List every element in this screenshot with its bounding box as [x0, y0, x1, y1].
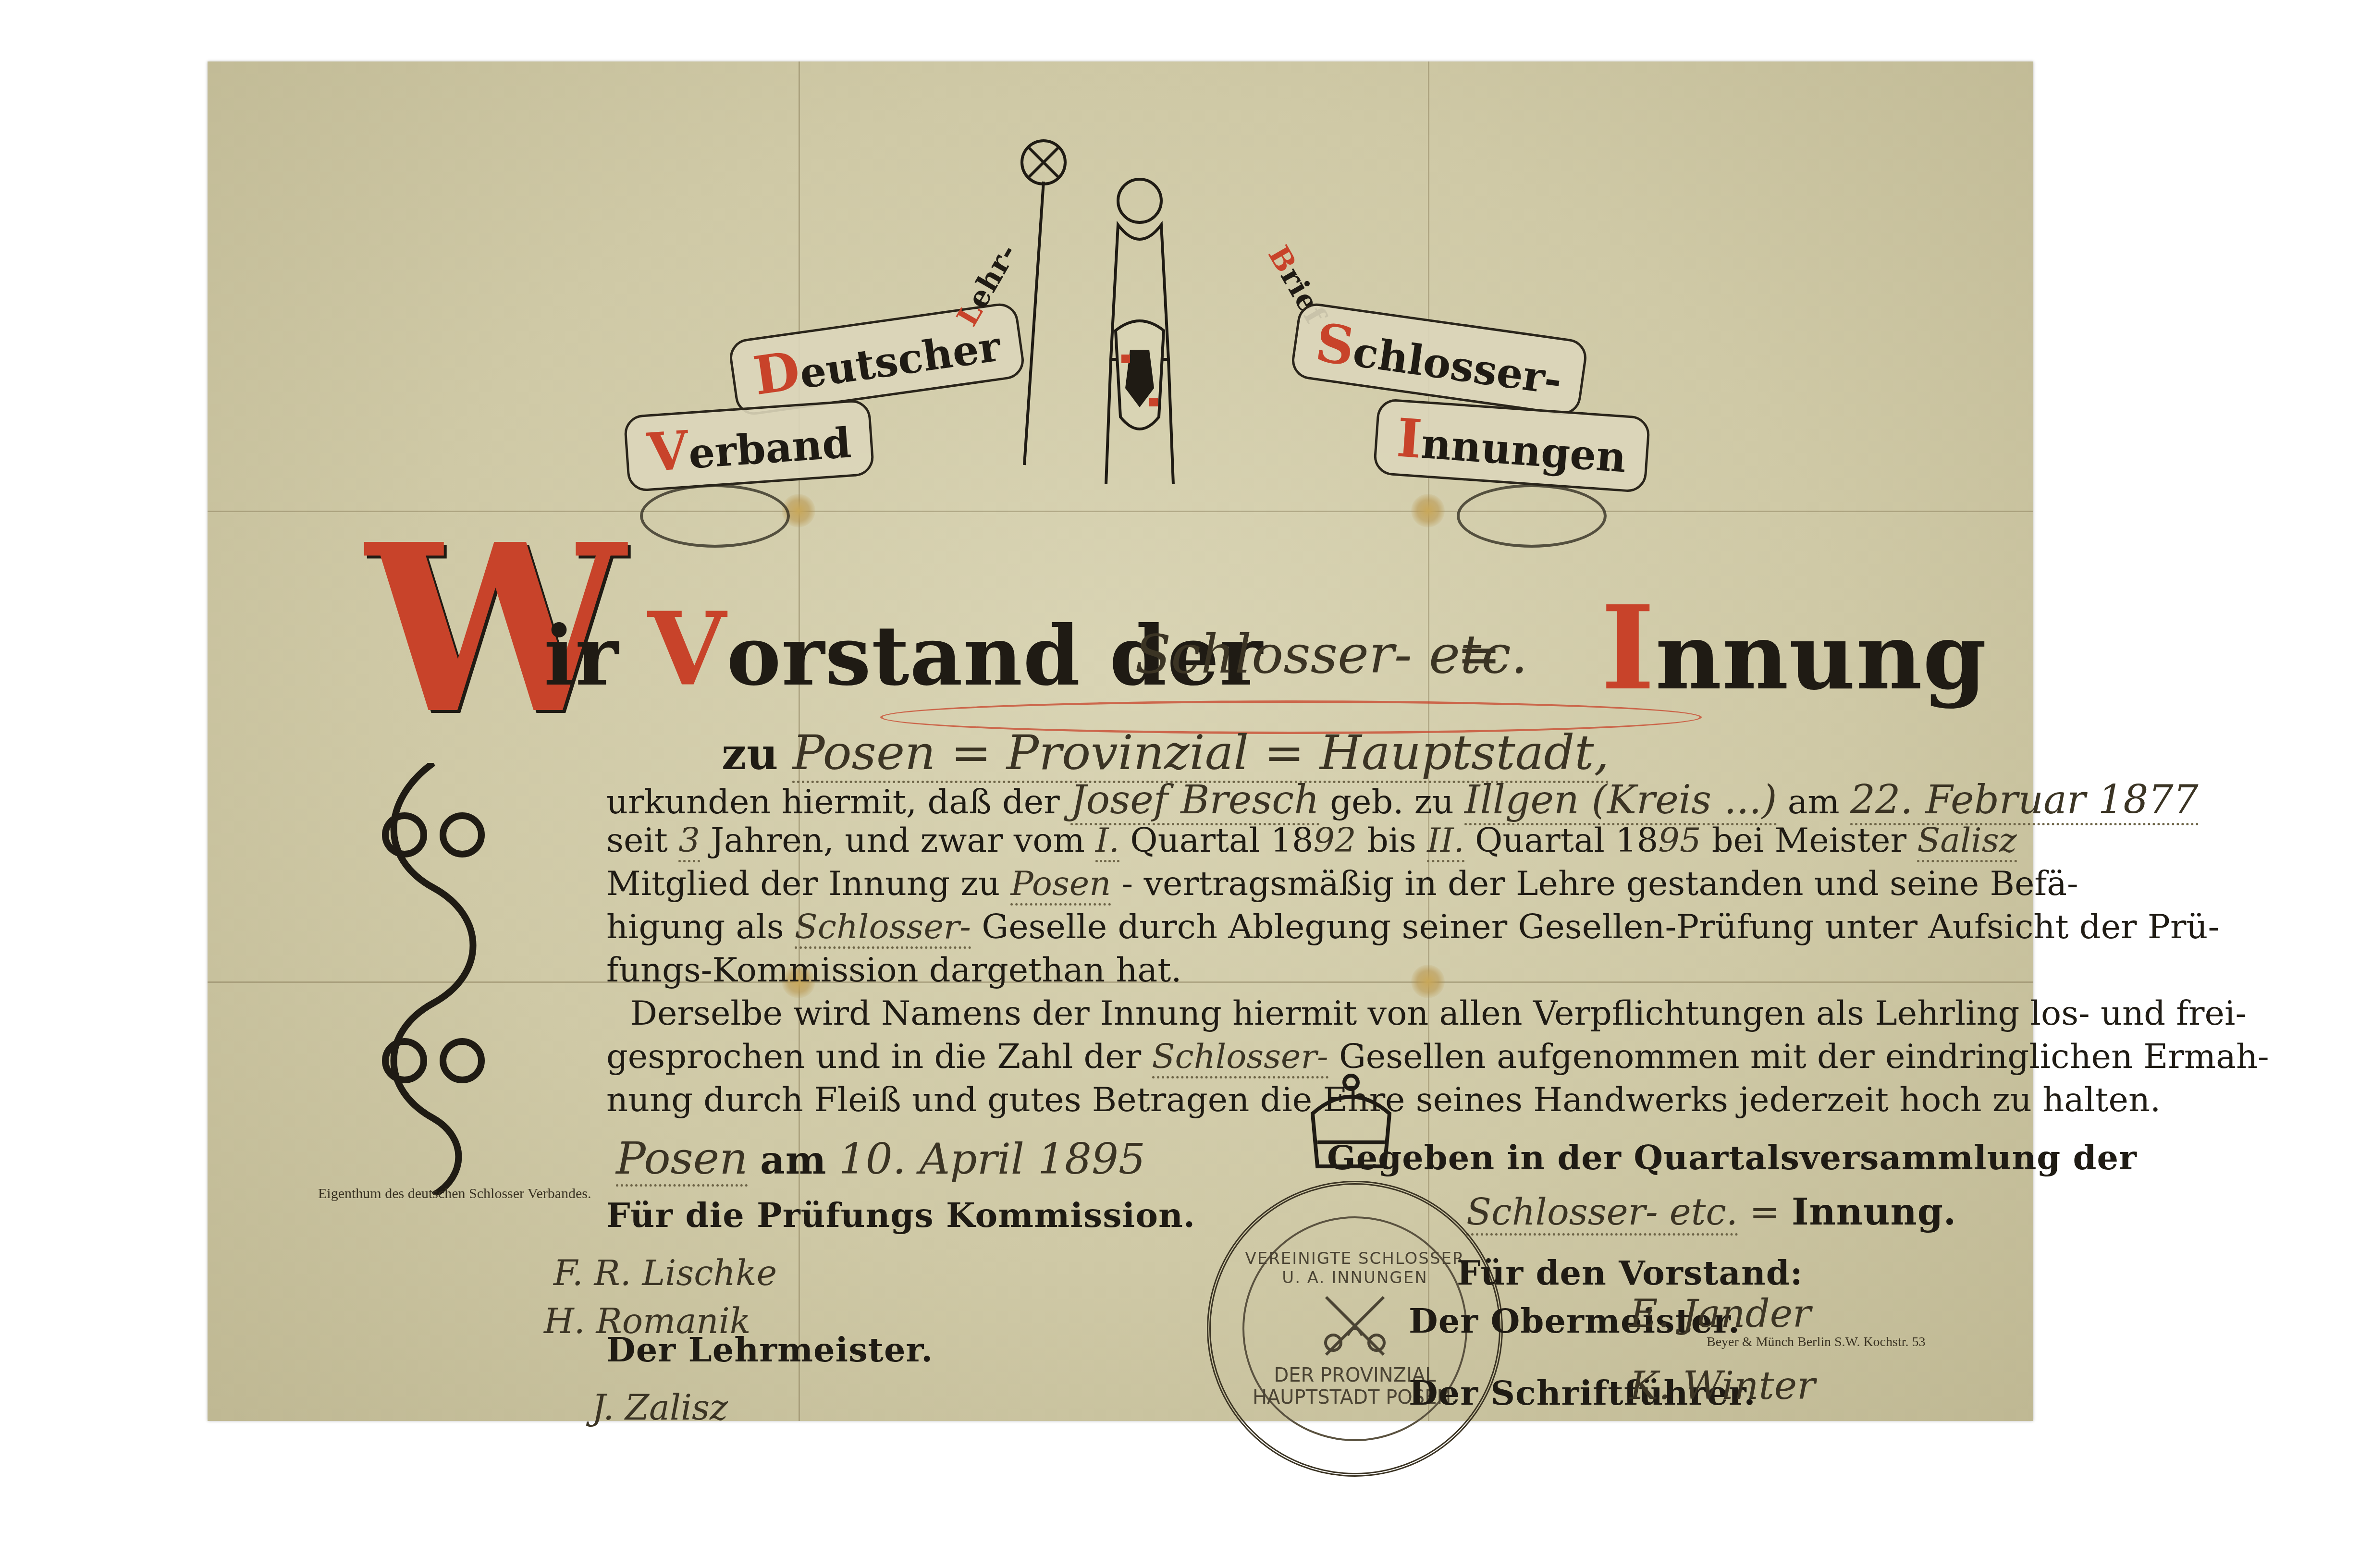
banner-innungen: Innungen [1373, 398, 1651, 493]
flourish-ornament [640, 484, 790, 548]
title-innung: Innung [1601, 580, 1987, 716]
body-line-6: Derselbe wird Namens der Innung hiermit … [630, 993, 2247, 1033]
commission-signature-1: F. R. Lischke [553, 1253, 777, 1293]
location-line: zu Posen = Provinzial = Hauptstadt, [722, 724, 1609, 783]
given-line: Gegeben in der Quartalsversammlung der [1327, 1138, 2137, 1177]
left-scroll-ornament [371, 763, 496, 1195]
secretary-signature: K. Winter [1630, 1363, 1815, 1408]
master-label: Der Lehrmeister. [606, 1330, 933, 1370]
certificate-paper: Deutscher Verband Lehr- Brief Schlosser-… [208, 61, 2033, 1421]
crest-icon [996, 129, 1245, 503]
body-line-4: higung als Schlosser- Geselle durch Able… [606, 907, 2219, 949]
crown-icon [1303, 1070, 1399, 1176]
master-signature: J. Zalisz [592, 1387, 728, 1428]
date-line: Posen am 10. April 1895 [616, 1133, 1145, 1187]
flourish-ornament [1457, 484, 1607, 548]
scroll-flourish-icon [371, 763, 496, 1195]
title-dash: = [1457, 624, 1501, 685]
board-label: Für den Vorstand: [1457, 1253, 1803, 1293]
fold-stain [1411, 494, 1445, 527]
ownership-credit: Eigenthum des deutschen Schlosser Verban… [318, 1186, 591, 1202]
given-line-guild: Schlosser- etc. = Innung. [1466, 1190, 1956, 1236]
body-line-5: fungs-Kommission dargethan hat. [606, 950, 1182, 990]
apprentice-figure-illustration [996, 129, 1245, 503]
seal-outer-text: VEREINIGTE SCHLOSSER U. A. INNUNGEN [1244, 1249, 1465, 1287]
chair-signature: E. Jander [1630, 1291, 1811, 1336]
body-line-7: gesprochen und in die Zahl der Schlosser… [606, 1037, 2269, 1078]
printer-credit: Beyer & Münch Berlin S.W. Kochstr. 53 [1707, 1335, 1925, 1350]
banner-verband: Verband [623, 399, 875, 492]
body-line-3: Mitglied der Innung zu Posen - vertragsm… [606, 864, 2078, 906]
body-line-1: urkunden hiermit, daß der Josef Bresch g… [606, 777, 2199, 825]
crossed-keys-icon [1316, 1287, 1393, 1364]
commission-label: Für die Prüfungs Kommission. [606, 1195, 1195, 1235]
banner-schlosser: Schlosser- [1290, 301, 1589, 417]
body-line-2: seit 3 Jahren, und zwar vom I. Quartal 1… [606, 821, 2017, 862]
crown-illustration [1303, 1070, 1399, 1176]
